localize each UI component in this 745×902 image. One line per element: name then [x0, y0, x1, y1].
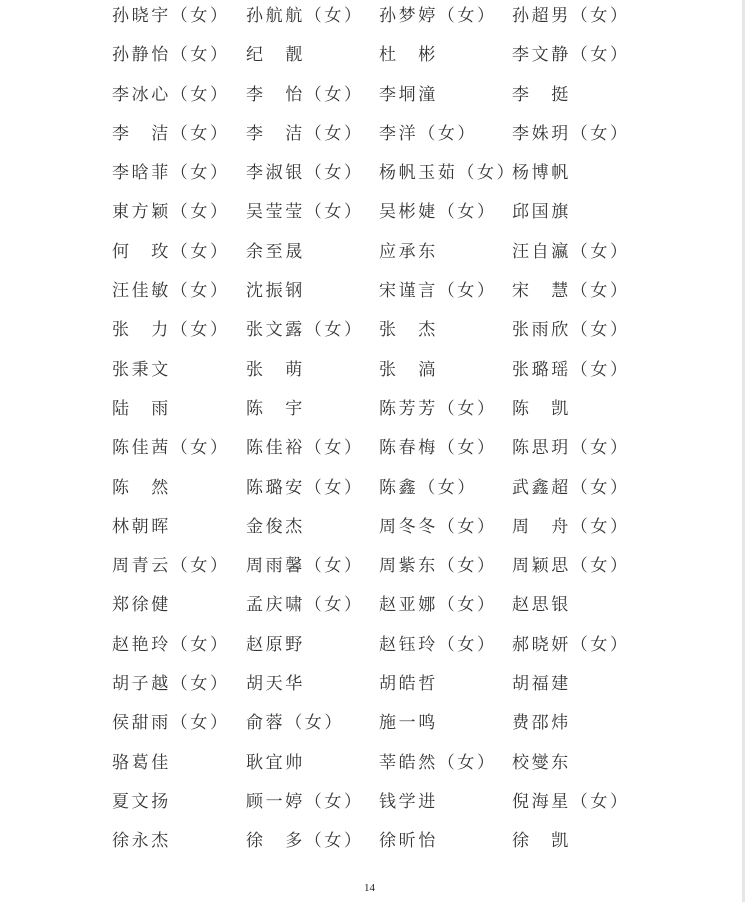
name-entry: 沈振钢	[246, 278, 305, 304]
name-entry: 李冰心（女）	[112, 82, 230, 108]
name-entry: 宋谨言（女）	[379, 278, 497, 304]
name-entry: 周 舟（女）	[512, 514, 630, 540]
name-entry: 张秉文	[112, 357, 171, 383]
name-entry: 孙航航（女）	[246, 3, 364, 29]
name-entry: 耿宜帅	[246, 750, 305, 776]
name-entry: 陈佳裕（女）	[246, 435, 364, 461]
name-entry: 陈 宇	[246, 396, 305, 422]
name-entry: 张 力（女）	[112, 317, 230, 343]
name-entry: 金俊杰	[246, 514, 305, 540]
name-row: 李 洁（女）李 洁（女）李洋（女）李姝玥（女）	[112, 121, 652, 160]
name-row: 骆葛佳耿宜帅莘皓然（女）校燮东	[112, 750, 652, 789]
name-entry: 陈 然	[112, 475, 171, 501]
name-entry: 张雨欣（女）	[512, 317, 630, 343]
name-entry: 张 滈	[379, 357, 438, 383]
name-entry: 陈春梅（女）	[379, 435, 497, 461]
name-row: 李冰心（女）李 怡（女）李垌潼李 挺	[112, 82, 652, 121]
name-entry: 赵原野	[246, 632, 305, 658]
name-entry: 赵艳玲（女）	[112, 632, 230, 658]
name-entry: 陈佳茜（女）	[112, 435, 230, 461]
name-entry: 赵亚娜（女）	[379, 592, 497, 618]
name-entry: 李 洁（女）	[112, 121, 230, 147]
name-entry: 赵思银	[512, 592, 571, 618]
name-entry: 胡天华	[246, 671, 305, 697]
name-entry: 李垌潼	[379, 82, 438, 108]
name-row: 陆 雨陈 宇陈芳芳（女）陈 凯	[112, 396, 652, 435]
name-row: 赵艳玲（女）赵原野赵钰玲（女）郝晓妍（女）	[112, 632, 652, 671]
name-entry: 孟庆啸（女）	[246, 592, 364, 618]
name-entry: 费邵炜	[512, 710, 571, 736]
name-row: 胡子越（女）胡天华胡皓哲胡福建	[112, 671, 652, 710]
name-entry: 周青云（女）	[112, 553, 230, 579]
name-entry: 徐昕怡	[379, 828, 438, 854]
name-row: 郑徐健孟庆啸（女）赵亚娜（女）赵思银	[112, 592, 652, 631]
name-entry: 郝晓妍（女）	[512, 632, 630, 658]
name-entry: 周雨馨（女）	[246, 553, 364, 579]
name-entry: 郑徐健	[112, 592, 171, 618]
name-entry: 李晗菲（女）	[112, 160, 230, 186]
name-entry: 邱国旗	[512, 199, 571, 225]
name-row: 张 力（女）张文露（女）张 杰张雨欣（女）	[112, 317, 652, 356]
name-row: 林朝晖金俊杰周冬冬（女）周 舟（女）	[112, 514, 652, 553]
name-entry: 孙静怡（女）	[112, 42, 230, 68]
name-entry: 宋 慧（女）	[512, 278, 630, 304]
name-entry: 李姝玥（女）	[512, 121, 630, 147]
name-entry: 何 玫（女）	[112, 239, 230, 265]
name-entry: 吴彬婕（女）	[379, 199, 497, 225]
name-row: 徐永杰徐 多（女）徐昕怡徐 凯	[112, 828, 652, 867]
name-entry: 陈芳芳（女）	[379, 396, 497, 422]
name-entry: 莘皓然（女）	[379, 750, 497, 776]
name-entry: 夏文扬	[112, 789, 171, 815]
name-entry: 俞蓉（女）	[246, 710, 344, 736]
name-entry: 周颖思（女）	[512, 553, 630, 579]
name-entry: 张璐瑶（女）	[512, 357, 630, 383]
name-entry: 纪 靓	[246, 42, 305, 68]
name-entry: 张 杰	[379, 317, 438, 343]
name-entry: 徐永杰	[112, 828, 171, 854]
name-entry: 孙晓宇（女）	[112, 3, 230, 29]
name-row: 東方颖（女）吴莹莹（女）吴彬婕（女）邱国旗	[112, 199, 652, 238]
name-entry: 李文静（女）	[512, 42, 630, 68]
name-entry: 李淑银（女）	[246, 160, 364, 186]
name-entry: 林朝晖	[112, 514, 171, 540]
name-row: 张秉文张 萌张 滈张璐瑶（女）	[112, 357, 652, 396]
name-entry: 钱学进	[379, 789, 438, 815]
name-entry: 张文露（女）	[246, 317, 364, 343]
name-entry: 徐 凯	[512, 828, 571, 854]
name-row: 侯甜雨（女）俞蓉（女）施一鸣费邵炜	[112, 710, 652, 749]
name-entry: 倪海星（女）	[512, 789, 630, 815]
name-row: 孙静怡（女）纪 靓杜 彬李文静（女）	[112, 42, 652, 81]
name-entry: 周冬冬（女）	[379, 514, 497, 540]
name-entry: 陈璐安（女）	[246, 475, 364, 501]
name-entry: 张 萌	[246, 357, 305, 383]
name-row: 陈佳茜（女）陈佳裕（女）陈春梅（女）陈思玥（女）	[112, 435, 652, 474]
name-entry: 陆 雨	[112, 396, 171, 422]
name-entry: 校燮东	[512, 750, 571, 776]
name-entry: 李洋（女）	[379, 121, 477, 147]
name-entry: 施一鸣	[379, 710, 438, 736]
name-entry: 汪佳敏（女）	[112, 278, 230, 304]
name-row: 陈 然陈璐安（女）陈鑫（女）武鑫超（女）	[112, 475, 652, 514]
name-entry: 陈鑫（女）	[379, 475, 477, 501]
name-entry: 李 洁（女）	[246, 121, 364, 147]
name-entry: 杨帆玉茹（女）	[379, 160, 516, 186]
name-entry: 汪自瀛（女）	[512, 239, 630, 265]
name-entry: 徐 多（女）	[246, 828, 364, 854]
name-entry: 李 怡（女）	[246, 82, 364, 108]
name-row: 周青云（女）周雨馨（女）周紫东（女）周颖思（女）	[112, 553, 652, 592]
name-entry: 骆葛佳	[112, 750, 171, 776]
name-entry: 吴莹莹（女）	[246, 199, 364, 225]
name-row: 夏文扬顾一婷（女）钱学进倪海星（女）	[112, 789, 652, 828]
name-list: 孙晓宇（女）孙航航（女）孙梦婷（女）孙超男（女）孙静怡（女）纪 靓杜 彬李文静（…	[112, 3, 652, 868]
name-entry: 胡皓哲	[379, 671, 438, 697]
name-entry: 杜 彬	[379, 42, 438, 68]
name-entry: 应承东	[379, 239, 438, 265]
name-entry: 周紫东（女）	[379, 553, 497, 579]
name-entry: 胡福建	[512, 671, 571, 697]
name-entry: 武鑫超（女）	[512, 475, 630, 501]
name-row: 孙晓宇（女）孙航航（女）孙梦婷（女）孙超男（女）	[112, 3, 652, 42]
name-entry: 杨博帆	[512, 160, 571, 186]
name-row: 何 玫（女）余至晟应承东汪自瀛（女）	[112, 239, 652, 278]
name-entry: 東方颖（女）	[112, 199, 230, 225]
name-entry: 陈思玥（女）	[512, 435, 630, 461]
name-entry: 顾一婷（女）	[246, 789, 364, 815]
name-entry: 李 挺	[512, 82, 571, 108]
name-entry: 侯甜雨（女）	[112, 710, 230, 736]
name-row: 汪佳敏（女）沈振钢宋谨言（女）宋 慧（女）	[112, 278, 652, 317]
name-entry: 赵钰玲（女）	[379, 632, 497, 658]
name-entry: 陈 凯	[512, 396, 571, 422]
page-number: 14	[364, 882, 375, 894]
name-entry: 余至晟	[246, 239, 305, 265]
name-entry: 孙梦婷（女）	[379, 3, 497, 29]
name-entry: 孙超男（女）	[512, 3, 630, 29]
name-entry: 胡子越（女）	[112, 671, 230, 697]
name-row: 李晗菲（女）李淑银（女）杨帆玉茹（女）杨博帆	[112, 160, 652, 199]
